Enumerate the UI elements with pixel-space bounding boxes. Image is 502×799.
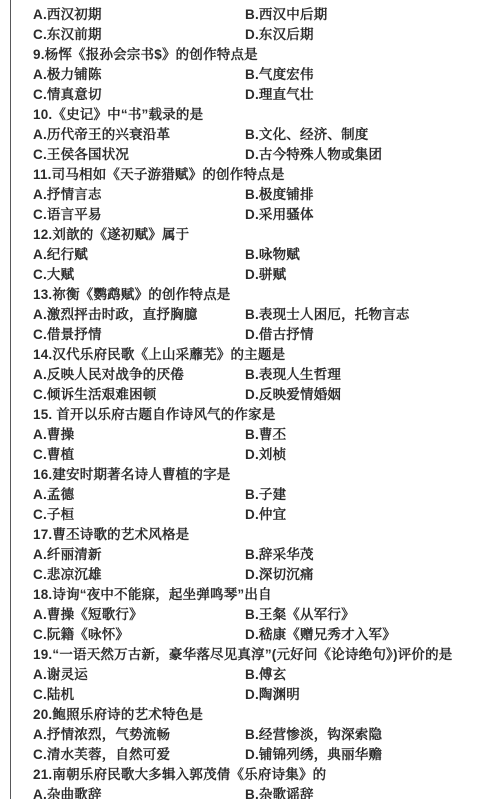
option-row: C.借景抒情 D.借古抒情 xyxy=(33,325,500,345)
option-d: D.陶渊明 xyxy=(245,685,500,705)
question-14: 14.汉代乐府民歌《上山采蘼芜》的主题是 A.反映人民对战争的厌倦 B.表现人生… xyxy=(33,345,500,405)
option-c: C.东汉前期 xyxy=(33,25,245,45)
option-d: D.理直气壮 xyxy=(245,85,500,105)
page-left-border-line xyxy=(10,0,11,799)
option-row: C.陆机 D.陶渊明 xyxy=(33,685,500,705)
question-stem: 15. 首开以乐府古题自作诗风气的作家是 xyxy=(33,405,500,425)
option-row: A.反映人民对战争的厌倦 B.表现人生哲理 xyxy=(33,365,500,385)
option-row: A.孟德 B.子建 xyxy=(33,485,500,505)
option-row: C.语言平易 D.采用骚体 xyxy=(33,205,500,225)
option-d: D.刘桢 xyxy=(245,445,500,465)
question-16: 16.建安时期著名诗人曹植的字是 A.孟德 B.子建 C.子桓 D.仲宜 xyxy=(33,465,500,525)
question-17: 17.曹丕诗歌的艺术风格是 A.纤丽清新 B.辞采华茂 C.悲凉沉雄 D.深切沉… xyxy=(33,525,500,585)
option-d: D.深切沉痛 xyxy=(245,565,500,585)
option-b: B.文化、经济、制度 xyxy=(245,125,500,145)
option-row: C.大赋 D.骈赋 xyxy=(33,265,500,285)
option-row: A.抒情浓烈，气势流畅 B.经营惨淡，钩深索隐 xyxy=(33,725,500,745)
option-a: A.激烈抨击时政，直抒胸臆 xyxy=(33,305,245,325)
question-stem: 16.建安时期著名诗人曹植的字是 xyxy=(33,465,500,485)
option-d: D.仲宜 xyxy=(245,505,500,525)
option-c: C.清水芙蓉，自然可爱 xyxy=(33,745,245,765)
option-a: A.纤丽清新 xyxy=(33,545,245,565)
question-18: 18.诗询“夜中不能寐，起坐弹鸣琴”出自 A.曹操《短歌行》 B.王粲《从军行》… xyxy=(33,585,500,645)
option-row: A.西汉初期 B.西汉中后期 xyxy=(33,5,500,25)
question-12: 12.刘歆的《遂初赋》属于 A.纪行赋 B.咏物赋 C.大赋 D.骈赋 xyxy=(33,225,500,285)
option-row: A.纪行赋 B.咏物赋 xyxy=(33,245,500,265)
option-a: A.抒情浓烈，气势流畅 xyxy=(33,725,245,745)
option-b: B.曹丕 xyxy=(245,425,500,445)
option-a: A.曹操《短歌行》 xyxy=(33,605,245,625)
option-row: C.子桓 D.仲宜 xyxy=(33,505,500,525)
option-b: B.杂歌谣辞 xyxy=(245,785,500,799)
option-c: C.子桓 xyxy=(33,505,245,525)
question-stem: 9.杨恽《报孙会宗书$》的创作特点是 xyxy=(33,45,500,65)
option-d: D.古今特殊人物或集团 xyxy=(245,145,500,165)
question-20: 20.鲍照乐府诗的艺术特色是 A.抒情浓烈，气势流畅 B.经营惨淡，钩深索隐 C… xyxy=(33,705,500,765)
option-a: A.谢灵运 xyxy=(33,665,245,685)
option-b: B.经营惨淡，钩深索隐 xyxy=(245,725,500,745)
option-b: B.辞采华茂 xyxy=(245,545,500,565)
option-a: A.反映人民对战争的厌倦 xyxy=(33,365,245,385)
question-stem: 14.汉代乐府民歌《上山采蘼芜》的主题是 xyxy=(33,345,500,365)
option-c: C.大赋 xyxy=(33,265,245,285)
option-d: D.反映爱情婚姻 xyxy=(245,385,500,405)
option-row: C.倾诉生活艰难困顿 D.反映爱情婚姻 xyxy=(33,385,500,405)
option-row: C.王侯各国状况 D.古今特殊人物或集团 xyxy=(33,145,500,165)
option-b: B.极度铺排 xyxy=(245,185,500,205)
option-c: C.王侯各国状况 xyxy=(33,145,245,165)
question-stem: 11.司马相如《天子游猎赋》的创作特点是 xyxy=(33,165,500,185)
option-d: D.采用骚体 xyxy=(245,205,500,225)
option-row: A.激烈抨击时政，直抒胸臆 B.表现士人困厄，托物言志 xyxy=(33,305,500,325)
option-a: A.极力铺陈 xyxy=(33,65,245,85)
option-b: B.表现人生哲理 xyxy=(245,365,500,385)
option-row: A.曹操《短歌行》 B.王粲《从军行》 xyxy=(33,605,500,625)
option-row: C.曹植 D.刘桢 xyxy=(33,445,500,465)
question-stem: 12.刘歆的《遂初赋》属于 xyxy=(33,225,500,245)
option-a: A.孟德 xyxy=(33,485,245,505)
option-b: B.咏物赋 xyxy=(245,245,500,265)
question-stem: 18.诗询“夜中不能寐，起坐弹鸣琴”出自 xyxy=(33,585,500,605)
question-10: 10.《史记》中“书”载录的是 A.历代帝王的兴衰沿革 B.文化、经济、制度 C… xyxy=(33,105,500,165)
option-row: C.情真意切 D.理直气壮 xyxy=(33,85,500,105)
option-b: B.子建 xyxy=(245,485,500,505)
option-c: C.陆机 xyxy=(33,685,245,705)
question-9: 9.杨恽《报孙会宗书$》的创作特点是 A.极力铺陈 B.气度宏伟 C.情真意切 … xyxy=(33,45,500,105)
option-row: C.清水芙蓉，自然可爱 D.铺锦列绣，典丽华赡 xyxy=(33,745,500,765)
question-stem: 21.南朝乐府民歌大多辑入郭茂倩《乐府诗集》的 xyxy=(33,765,500,785)
option-a: A.西汉初期 xyxy=(33,5,245,25)
option-a: A.纪行赋 xyxy=(33,245,245,265)
question-stem: 13.祢衡《鹦鹉赋》的创作特点是 xyxy=(33,285,500,305)
option-b: B.西汉中后期 xyxy=(245,5,500,25)
question-stem: 19.“一语天然万古新，豪华落尽见真淳”(元好问《论诗绝句》)评价的是 xyxy=(33,645,500,665)
option-a: A.历代帝王的兴衰沿革 xyxy=(33,125,245,145)
option-b: B.王粲《从军行》 xyxy=(245,605,500,625)
option-b: B.表现士人困厄，托物言志 xyxy=(245,305,500,325)
option-row: C.阮籍《咏怀》 D.嵇康《赠兄秀才入军》 xyxy=(33,625,500,645)
option-a: A.杂曲歌辞 xyxy=(33,785,245,799)
option-row: A.杂曲歌辞 B.杂歌谣辞 xyxy=(33,785,500,799)
option-c: C.阮籍《咏怀》 xyxy=(33,625,245,645)
question-11: 11.司马相如《天子游猎赋》的创作特点是 A.抒情言志 B.极度铺排 C.语言平… xyxy=(33,165,500,225)
document-page: A.西汉初期 B.西汉中后期 C.东汉前期 D.东汉后期 9.杨恽《报孙会宗书$… xyxy=(0,0,502,799)
question-stem: 10.《史记》中“书”载录的是 xyxy=(33,105,500,125)
option-row: A.谢灵运 B.傅玄 xyxy=(33,665,500,685)
question-continuation: A.西汉初期 B.西汉中后期 C.东汉前期 D.东汉后期 xyxy=(33,5,500,45)
option-c: C.倾诉生活艰难困顿 xyxy=(33,385,245,405)
option-c: C.情真意切 xyxy=(33,85,245,105)
option-c: C.语言平易 xyxy=(33,205,245,225)
option-d: D.东汉后期 xyxy=(245,25,500,45)
option-c: C.借景抒情 xyxy=(33,325,245,345)
option-c: C.曹植 xyxy=(33,445,245,465)
option-row: C.东汉前期 D.东汉后期 xyxy=(33,25,500,45)
option-d: D.嵇康《赠兄秀才入军》 xyxy=(245,625,500,645)
option-b: B.傅玄 xyxy=(245,665,500,685)
option-a: A.曹操 xyxy=(33,425,245,445)
option-d: D.铺锦列绣，典丽华赡 xyxy=(245,745,500,765)
question-list: A.西汉初期 B.西汉中后期 C.东汉前期 D.东汉后期 9.杨恽《报孙会宗书$… xyxy=(33,5,500,799)
option-a: A.抒情言志 xyxy=(33,185,245,205)
question-stem: 17.曹丕诗歌的艺术风格是 xyxy=(33,525,500,545)
question-13: 13.祢衡《鹦鹉赋》的创作特点是 A.激烈抨击时政，直抒胸臆 B.表现士人困厄，… xyxy=(33,285,500,345)
option-d: D.骈赋 xyxy=(245,265,500,285)
option-row: C.悲凉沉雄 D.深切沉痛 xyxy=(33,565,500,585)
option-b: B.气度宏伟 xyxy=(245,65,500,85)
option-row: A.极力铺陈 B.气度宏伟 xyxy=(33,65,500,85)
option-row: A.历代帝王的兴衰沿革 B.文化、经济、制度 xyxy=(33,125,500,145)
option-row: A.曹操 B.曹丕 xyxy=(33,425,500,445)
option-row: A.抒情言志 B.极度铺排 xyxy=(33,185,500,205)
question-stem: 20.鲍照乐府诗的艺术特色是 xyxy=(33,705,500,725)
question-21: 21.南朝乐府民歌大多辑入郭茂倩《乐府诗集》的 A.杂曲歌辞 B.杂歌谣辞 xyxy=(33,765,500,799)
option-d: D.借古抒情 xyxy=(245,325,500,345)
question-15: 15. 首开以乐府古题自作诗风气的作家是 A.曹操 B.曹丕 C.曹植 D.刘桢 xyxy=(33,405,500,465)
option-c: C.悲凉沉雄 xyxy=(33,565,245,585)
question-19: 19.“一语天然万古新，豪华落尽见真淳”(元好问《论诗绝句》)评价的是 A.谢灵… xyxy=(33,645,500,705)
option-row: A.纤丽清新 B.辞采华茂 xyxy=(33,545,500,565)
